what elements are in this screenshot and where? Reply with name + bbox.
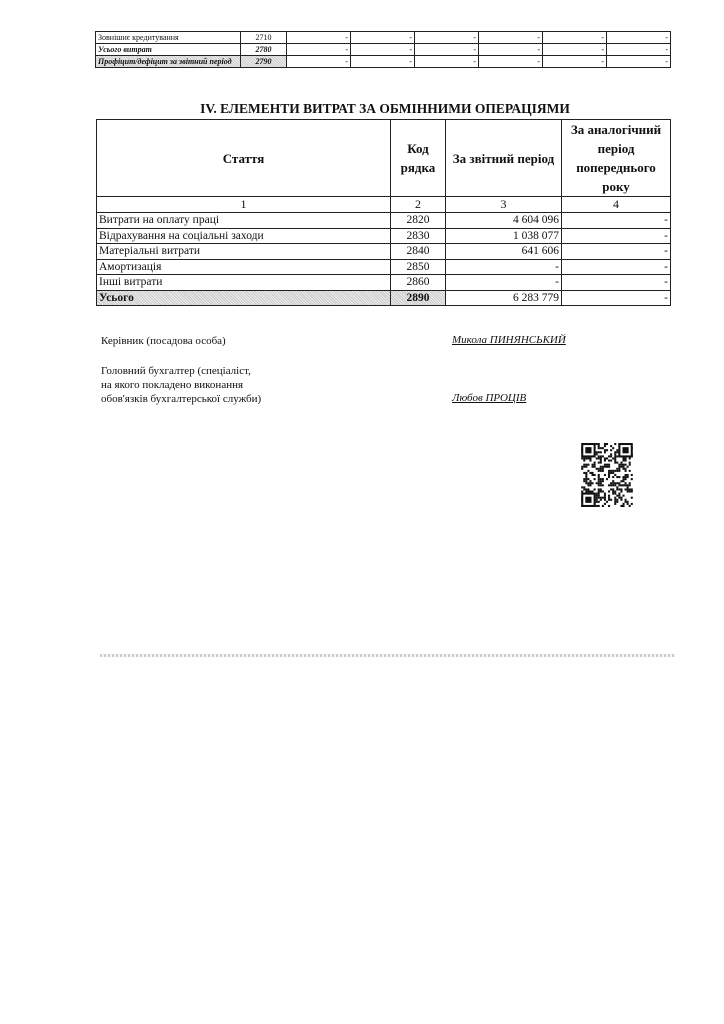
row-code: 2790 [241, 56, 287, 68]
row-name: Амортизація [97, 259, 391, 275]
header-row: Стаття Код рядка За звітний період За ан… [97, 120, 671, 197]
qr-code-icon [581, 443, 633, 507]
accountant-label-line: обов'язків бухгалтерської служби) [101, 392, 261, 406]
row-previous: - [562, 275, 671, 291]
row-code: 2710 [241, 32, 287, 44]
row-value: - [415, 56, 479, 68]
table-row: Усього витрат2780------ [96, 44, 671, 56]
row-code: 2780 [241, 44, 287, 56]
row-previous: - [562, 213, 671, 229]
header-article: Стаття [97, 120, 391, 197]
table-row: Усього28906 283 779- [97, 290, 671, 306]
row-value: - [543, 32, 607, 44]
row-value: - [607, 44, 671, 56]
row-value: - [543, 56, 607, 68]
expense-elements-table: Стаття Код рядка За звітний період За ан… [96, 119, 671, 306]
row-value: - [479, 44, 543, 56]
row-current: 6 283 779 [446, 290, 562, 306]
row-code: 2830 [391, 228, 446, 244]
row-value: - [607, 32, 671, 44]
table-row: Інші витрати2860-- [97, 275, 671, 291]
scan-artifact-divider [100, 654, 675, 657]
top-table: Зовнішнє кредитування2710------Усього ви… [95, 31, 671, 68]
row-code: 2820 [391, 213, 446, 229]
row-value: - [415, 32, 479, 44]
header-previous: За аналогічний період попереднього року [562, 120, 671, 197]
table-row: Зовнішнє кредитування2710------ [96, 32, 671, 44]
accountant-label-line: на якого покладено виконання [101, 378, 261, 392]
row-value: - [607, 56, 671, 68]
row-previous: - [562, 244, 671, 260]
row-value: - [351, 56, 415, 68]
row-previous: - [562, 259, 671, 275]
row-value: - [287, 32, 351, 44]
row-value: - [479, 56, 543, 68]
header-code: Код рядка [391, 120, 446, 197]
column-number: 4 [562, 197, 671, 213]
table-row: Витрати на оплату праці28204 604 096- [97, 213, 671, 229]
head-name: Микола ПИНЯНСЬКИЙ [452, 334, 566, 346]
row-value: - [351, 32, 415, 44]
row-value: - [287, 44, 351, 56]
row-name: Усього [97, 290, 391, 306]
row-previous: - [562, 290, 671, 306]
table-row: Профіцит/дефіцит за звітний період2790--… [96, 56, 671, 68]
table-row: Амортизація2850-- [97, 259, 671, 275]
row-name: Усього витрат [96, 44, 241, 56]
accountant-label-line: Головний бухгалтер (спеціаліст, [101, 364, 261, 378]
row-value: - [415, 44, 479, 56]
header-current: За звітний період [446, 120, 562, 197]
row-name: Профіцит/дефіцит за звітний період [96, 56, 241, 68]
row-name: Матеріальні витрати [97, 244, 391, 260]
row-current: - [446, 275, 562, 291]
row-current: 1 038 077 [446, 228, 562, 244]
row-current: 4 604 096 [446, 213, 562, 229]
row-code: 2840 [391, 244, 446, 260]
accountant-label: Головний бухгалтер (спеціаліст, на якого… [101, 364, 261, 406]
table-row: Матеріальні витрати2840641 606- [97, 244, 671, 260]
section-title: IV. ЕЛЕМЕНТИ ВИТРАТ ЗА ОБМІННИМИ ОПЕРАЦІ… [96, 101, 674, 117]
row-value: - [543, 44, 607, 56]
row-current: 641 606 [446, 244, 562, 260]
row-code: 2890 [391, 290, 446, 306]
column-numbers-row: 1 2 3 4 [97, 197, 671, 213]
row-name: Витрати на оплату праці [97, 213, 391, 229]
column-number: 3 [446, 197, 562, 213]
column-number: 2 [391, 197, 446, 213]
row-name: Зовнішнє кредитування [96, 32, 241, 44]
row-current: - [446, 259, 562, 275]
row-name: Інші витрати [97, 275, 391, 291]
accountant-name: Любов ПРОЦІВ [452, 392, 526, 404]
column-number: 1 [97, 197, 391, 213]
row-name: Відрахування на соціальні заходи [97, 228, 391, 244]
head-label: Керівник (посадова особа) [101, 334, 226, 348]
row-previous: - [562, 228, 671, 244]
row-value: - [287, 56, 351, 68]
row-value: - [479, 32, 543, 44]
row-code: 2860 [391, 275, 446, 291]
row-code: 2850 [391, 259, 446, 275]
row-value: - [351, 44, 415, 56]
table-row: Відрахування на соціальні заходи28301 03… [97, 228, 671, 244]
